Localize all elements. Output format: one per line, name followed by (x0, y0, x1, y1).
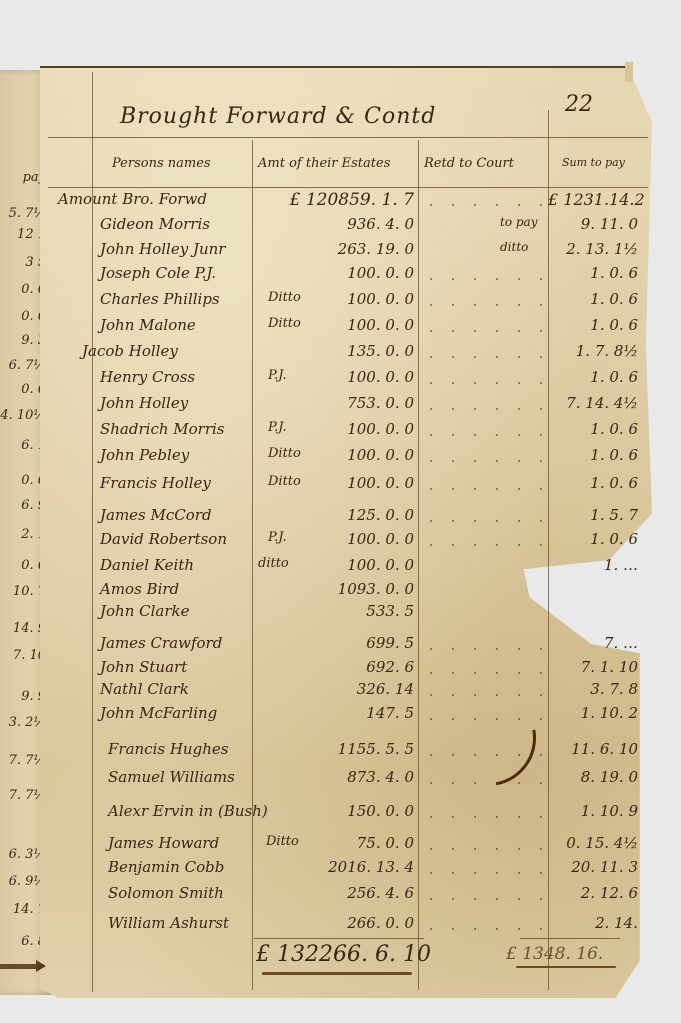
sum-to-pay: 1. 10. 9 (548, 802, 638, 820)
page-number: 22 (565, 92, 593, 117)
total-underline-pay (516, 966, 616, 968)
torn-corner (625, 62, 633, 82)
person-name: Daniel Keith (100, 556, 194, 574)
person-name: John Stuart (100, 658, 187, 676)
ledger-row: John Clarke533. 5 (0, 602, 681, 628)
sum-to-pay: 1. 0. 6 (548, 420, 638, 438)
person-name: Henry Cross (100, 368, 195, 386)
ledger-row: Francis Hughes1155. 5. 511. 6. 10 (0, 740, 681, 766)
ledger-row: Gideon Morris936. 4. 0to pay9. 11. 0 (0, 215, 681, 241)
ledger-row: Joseph Cole P.J.100. 0. 01. 0. 6 (0, 264, 681, 290)
sum-to-pay: 1. 0. 6 (548, 446, 638, 464)
ledger-row: William Ashurst266. 0. 02. 14. (0, 914, 681, 940)
person-name: Shadrich Morris (100, 420, 225, 438)
estate-amount: 100. 0. 0 (254, 420, 414, 438)
estate-amount: 326. 14 (254, 680, 414, 698)
sum-to-pay: 1. 7. 8½ (548, 342, 638, 360)
column-header-sum-to-pay: Sum to pay (562, 156, 625, 169)
estate-amount: 100. 0. 0 (254, 368, 414, 386)
person-name: Charles Phillips (100, 290, 220, 308)
person-name: Solomon Smith (108, 884, 224, 902)
estate-amount: 135. 0. 0 (254, 342, 414, 360)
ledger-row: Amount Bro. Forwd£ 120859. 1. 7£ 1231.14… (0, 190, 681, 216)
ledger-row: Francis HolleyDitto100. 0. 01. 0. 6 (0, 474, 681, 500)
ledger-row: Charles PhillipsDitto100. 0. 01. 0. 6 (0, 290, 681, 316)
person-name: John Malone (100, 316, 196, 334)
person-name: Benjamin Cobb (108, 858, 224, 876)
returned-note: to pay (500, 215, 537, 229)
ledger-row: Alexr Ervin in (Bush)150. 0. 01. 10. 9 (0, 802, 681, 828)
sum-to-pay: 1. 0. 6 (548, 530, 638, 548)
sum-to-pay: 7. 1. 10 (548, 658, 638, 676)
estate-amount: 147. 5 (254, 704, 414, 722)
person-name: Amos Bird (100, 580, 179, 598)
ledger-row: James Crawford699. 57. … (0, 634, 681, 660)
ledger-row: David RobertsonP.J.100. 0. 01. 0. 6 (0, 530, 681, 556)
estate-amount: 100. 0. 0 (254, 264, 414, 282)
estate-amount: 266. 0. 0 (254, 914, 414, 932)
amount-total: £ 132266. 6. 10 (256, 942, 431, 967)
page-title: Brought Forward & Contd (120, 104, 436, 129)
person-name: John Clarke (100, 602, 190, 620)
person-name: John Pebley (100, 446, 189, 464)
person-name: Samuel Williams (108, 768, 235, 786)
estate-amount: 100. 0. 0 (254, 556, 414, 574)
pay-total: £ 1348. 16. (506, 944, 603, 964)
estate-amount: 936. 4. 0 (254, 215, 414, 233)
ledger-row: Nathl Clark326. 143. 7. 8 (0, 680, 681, 706)
estate-amount: 1155. 5. 5 (254, 740, 414, 758)
estate-amount: 125. 0. 0 (254, 506, 414, 524)
person-name: Alexr Ervin in (Bush) (108, 802, 268, 820)
estate-amount: 100. 0. 0 (254, 446, 414, 464)
person-name: Nathl Clark (100, 680, 189, 698)
ledger-row: James HowardDitto75. 0. 00. 15. 4½ (0, 834, 681, 860)
column-header-names: Persons names (112, 156, 211, 171)
ledger-row: Henry CrossP.J.100. 0. 01. 0. 6 (0, 368, 681, 394)
sum-to-pay: 20. 11. 3 (548, 858, 638, 876)
sum-to-pay: 2. 14. (548, 914, 638, 932)
person-name: William Ashurst (108, 914, 229, 932)
ledger-row: Benjamin Cobb2016. 13. 420. 11. 3 (0, 858, 681, 884)
sum-to-pay: £ 1231.14.2 (548, 190, 638, 209)
sum-to-pay: 9. 11. 0 (548, 215, 638, 233)
sum-to-pay: 0. 15. 4½ (548, 834, 638, 852)
person-name: Jacob Holley (82, 342, 178, 360)
estate-amount: 2016. 13. 4 (254, 858, 414, 876)
sum-to-pay: 1. 0. 6 (548, 290, 638, 308)
person-name: James McCord (100, 506, 212, 524)
sum-to-pay: 7. 14. 4½ (548, 394, 638, 412)
ledger-row: John MaloneDitto100. 0. 01. 0. 6 (0, 316, 681, 342)
person-name: John McFarling (100, 704, 217, 722)
person-name: James Crawford (100, 634, 222, 652)
sum-to-pay: 7. … (548, 634, 638, 652)
person-name: David Robertson (100, 530, 227, 548)
sum-to-pay: 1. 0. 6 (548, 316, 638, 334)
estate-amount: 692. 6 (254, 658, 414, 676)
ledger-row: Jacob Holley135. 0. 01. 7. 8½ (0, 342, 681, 368)
estate-amount: 256. 4. 6 (254, 884, 414, 902)
estate-amount: 873. 4. 0 (254, 768, 414, 786)
sum-to-pay: 2. 13. 1½ (548, 240, 638, 258)
estate-amount: 533. 5 (254, 602, 414, 620)
estate-amount: 100. 0. 0 (254, 530, 414, 548)
estate-amount: 100. 0. 0 (254, 290, 414, 308)
estate-amount: 150. 0. 0 (254, 802, 414, 820)
ledger-row: Solomon Smith256. 4. 62. 12. 6 (0, 884, 681, 910)
estate-amount: 100. 0. 0 (254, 316, 414, 334)
ledger-row: Daniel Keithditto100. 0. 01. … (0, 556, 681, 582)
title-rule (48, 137, 648, 138)
person-name: Joseph Cole P.J. (100, 264, 216, 282)
estate-amount: 100. 0. 0 (254, 474, 414, 492)
sum-to-pay: 1. 0. 6 (548, 474, 638, 492)
person-name: John Holley (100, 394, 188, 412)
estate-amount: 263. 19. 0 (254, 240, 414, 258)
person-name: Gideon Morris (100, 215, 210, 233)
sum-to-pay: 1. 10. 2 (548, 704, 638, 722)
sum-to-pay: 8. 19. 0 (548, 768, 638, 786)
sum-to-pay: 3. 7. 8 (548, 680, 638, 698)
ledger-row: John Holley753. 0. 07. 14. 4½ (0, 394, 681, 420)
column-header-returned: Retd to Court (424, 156, 514, 171)
total-rule-amount (254, 938, 424, 939)
ledger-row: John McFarling147. 51. 10. 2 (0, 704, 681, 730)
sum-to-pay: 1. 0. 6 (548, 368, 638, 386)
ledger-row: John PebleyDitto100. 0. 01. 0. 6 (0, 446, 681, 472)
sum-to-pay: 11. 6. 10 (548, 740, 638, 758)
sum-to-pay: 1. 0. 6 (548, 264, 638, 282)
estate-amount: 75. 0. 0 (254, 834, 414, 852)
ledger-row: Samuel Williams873. 4. 08. 19. 0 (0, 768, 681, 794)
person-name: John Holley Junr (100, 240, 225, 258)
column-header-estates: Amt of their Estates (258, 156, 390, 171)
sum-to-pay: 2. 12. 6 (548, 884, 638, 902)
person-name: James Howard (108, 834, 219, 852)
total-underline-amount (262, 972, 412, 975)
estate-amount: £ 120859. 1. 7 (254, 190, 414, 210)
ledger-row: James McCord125. 0. 01. 5. 7 (0, 506, 681, 532)
sum-to-pay: 1. 5. 7 (548, 506, 638, 524)
total-rule-pay (520, 938, 620, 939)
header-rule (48, 187, 648, 188)
arrow-mark (0, 964, 40, 969)
returned-note: ditto (500, 240, 528, 254)
estate-amount: 1093. 0. 0 (254, 580, 414, 598)
estate-amount: 753. 0. 0 (254, 394, 414, 412)
estate-amount: 699. 5 (254, 634, 414, 652)
person-name: Amount Bro. Forwd (58, 190, 207, 208)
person-name: Francis Hughes (108, 740, 228, 758)
ledger-row: John Holley Junr263. 19. 0ditto2. 13. 1½ (0, 240, 681, 266)
sum-to-pay: 1. … (548, 556, 638, 574)
ledger-row: Shadrich MorrisP.J.100. 0. 01. 0. 6 (0, 420, 681, 446)
person-name: Francis Holley (100, 474, 211, 492)
